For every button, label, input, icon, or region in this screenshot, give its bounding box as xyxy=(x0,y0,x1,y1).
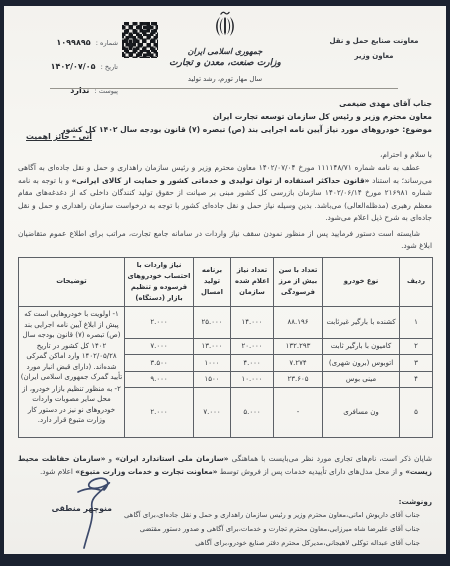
number-value: ۱۰۹۹۸۹۵ xyxy=(56,38,90,47)
department-line1: معاونت صنایع حمل و نقل xyxy=(318,34,430,49)
paragraph-1: عطف به نامه شماره ۱۱۱۱۴۸/۷۱ مورخ ۱۴۰۲/۰۷… xyxy=(18,162,432,224)
aged-count-cell: ۷.۲۷۴ xyxy=(274,355,323,372)
declared-need-cell: ۴.۰۰۰ xyxy=(231,355,274,372)
vehicle-type-cell: اتوبوس (برون شهری) xyxy=(323,355,400,372)
aged-count-cell: ۱۳۲.۲۹۳ xyxy=(274,338,323,355)
table-header: ردیف نوع خودرو تعداد با سن بیش از مرز فر… xyxy=(19,258,433,307)
letter-frame: { "colors": { "paper": "#f6f5f1", "frame… xyxy=(0,0,450,566)
closing-text: شایان ذکر است، نام‌های تجاری مورد نظر می… xyxy=(228,454,432,463)
meta-number-row: شماره : ۱۰۹۹۸۹۵ xyxy=(18,30,118,49)
date-value: ۱۴۰۲/۰۷/۰۵ xyxy=(51,62,96,71)
row-no-cell: ۱ xyxy=(400,306,433,338)
production-plan-cell: ۲۵.۰۰۰ xyxy=(194,306,231,338)
cc-item: جناب آقای داریوش امانی،معاون محترم وزیر … xyxy=(134,509,432,523)
production-plan-cell: ۱۳.۰۰۰ xyxy=(194,338,231,355)
import-need-cell: ۹.۰۰۰ xyxy=(125,371,194,388)
qr-code xyxy=(122,22,158,58)
col-header-row-no: ردیف xyxy=(400,258,433,307)
col-header-production-plan: برنامه تولید امسال xyxy=(194,258,231,307)
signature-scrawl-icon xyxy=(58,474,118,554)
declared-need-cell: ۱۰.۰۰۰ xyxy=(231,371,274,388)
closing-text: و از محل مدل‌های دارای تأییدیه خدمات پس … xyxy=(217,467,405,476)
ministry-name: وزارت صنعت، معدن و تجارت xyxy=(140,57,310,71)
vehicle-type-cell: کشنده با بارگیر غیرثابت xyxy=(323,306,400,338)
recipient-title: معاون محترم وزیر و رئیس کل سازمان توسعه … xyxy=(18,110,432,123)
header-divider xyxy=(50,88,398,89)
import-need-cell: ۲.۰۰۰ xyxy=(125,388,194,438)
col-header-import-need: نیاز واردات با احتساب خودروهای فرسوده و … xyxy=(125,258,194,307)
year-slogan: سال مهار تورم، رشد تولید xyxy=(140,75,310,83)
date-label: تاریخ : xyxy=(101,63,118,71)
signature-block: منوچهر منطقی xyxy=(30,474,130,554)
row-no-cell: ۴ xyxy=(400,371,433,388)
salutation: با سلام و احترام، xyxy=(18,149,432,161)
aged-count-cell: ۸۸.۱۹۶ xyxy=(274,306,323,338)
cited-law: «قانون حداکثر استفاده از توان تولیدی و خ… xyxy=(72,176,370,185)
vehicles-table: ردیف نوع خودرو تعداد با سن بیش از مرز فر… xyxy=(18,257,433,438)
aged-count-cell: ۲۳.۶۰۵ xyxy=(274,371,323,388)
declared-need-cell: ۵.۰۰۰ xyxy=(231,388,274,438)
production-plan-cell: ۱۰۰۰ xyxy=(194,355,231,372)
table-row: ۱ کشنده با بارگیر غیرثابت ۸۸.۱۹۶ ۱۴.۰۰۰ … xyxy=(19,306,433,338)
letterhead-center: جمهوری اسلامی ایران وزارت صنعت، معدن و ت… xyxy=(140,10,310,83)
import-need-cell: ۲.۰۰۰ xyxy=(125,306,194,338)
note-1: ۱- اولویت با خودروهایی است که پیش از ابل… xyxy=(20,309,123,383)
letterhead-department: معاونت صنایع حمل و نقل معاون وزیر xyxy=(318,34,430,63)
standards-org: «سازمان ملی استاندارد ایران» xyxy=(115,454,228,463)
import-need-cell: ۳.۵۰۰ xyxy=(125,355,194,372)
col-header-vehicle-type: نوع خودرو xyxy=(323,258,400,307)
row-no-cell: ۵ xyxy=(400,388,433,438)
letter-paper: معاونت صنایع حمل و نقل معاون وزیر جمهوری… xyxy=(4,6,446,554)
vehicle-type-cell: کامیون با بارگیر ثابت xyxy=(323,338,400,355)
notes-cell: ۱- اولویت با خودروهایی است که پیش از ابل… xyxy=(19,306,125,438)
recipient-name: جناب آقای مهدی ضیغمی xyxy=(18,97,432,110)
declared-need-cell: ۱۴.۰۰۰ xyxy=(231,306,274,338)
row-no-cell: ۲ xyxy=(400,338,433,355)
import-need-cell: ۷.۰۰۰ xyxy=(125,338,194,355)
vehicle-type-cell: مینی بوس xyxy=(323,371,400,388)
addressee-block: جناب آقای مهدی ضیغمی معاون محترم وزیر و … xyxy=(18,97,432,136)
production-plan-cell: ۱۵۰۰ xyxy=(194,371,231,388)
cc-item: جناب آقای عبداله توکلی لاهیجانی،مدیرکل م… xyxy=(134,537,432,551)
row-no-cell: ۳ xyxy=(400,355,433,372)
priority-stamp: آنی - حائز اهمیت xyxy=(26,132,92,141)
production-plan-cell: ۷.۰۰۰ xyxy=(194,388,231,438)
aged-count-cell: - xyxy=(274,388,323,438)
declared-need-cell: ۲۰.۰۰۰ xyxy=(231,338,274,355)
note-2: ۲- به منظور تنظیم بازار خودرو، از محل سا… xyxy=(20,384,123,426)
cc-section: رونوشت: جناب آقای داریوش امانی،معاون محت… xyxy=(134,495,432,551)
vehicle-type-cell: ون مسافری xyxy=(323,388,400,438)
cc-item: جناب آقای علیرضا شاه میرزایی،معاون محترم… xyxy=(134,523,432,537)
col-header-declared-need: تعداد نیاز اعلام شده سازمان xyxy=(231,258,274,307)
letter-meta: شماره : ۱۰۹۹۸۹۵ تاریخ : ۱۴۰۲/۰۷/۰۵ پیوست… xyxy=(18,30,118,102)
number-label: شماره : xyxy=(96,39,118,47)
iran-emblem-icon xyxy=(140,10,310,44)
letter-body: با سلام و احترام، عطف به نامه شماره ۱۱۱۱… xyxy=(18,149,432,256)
department-line2: معاون وزیر xyxy=(318,49,430,64)
paragraph-2: شایسته است دستور فرمایید پس از منظور نمو… xyxy=(18,228,432,253)
col-header-notes: توضیحات xyxy=(19,258,125,307)
meta-date-row: تاریخ : ۱۴۰۲/۰۷/۰۵ xyxy=(18,54,118,73)
closing-text: و xyxy=(105,454,115,463)
signatory-name: منوچهر منطقی xyxy=(52,504,112,513)
cc-label: رونوشت: xyxy=(134,495,432,509)
country-name: جمهوری اسلامی ایران xyxy=(140,45,310,57)
col-header-aged-count: تعداد با سن بیش از مرز فرسودگی xyxy=(274,258,323,307)
